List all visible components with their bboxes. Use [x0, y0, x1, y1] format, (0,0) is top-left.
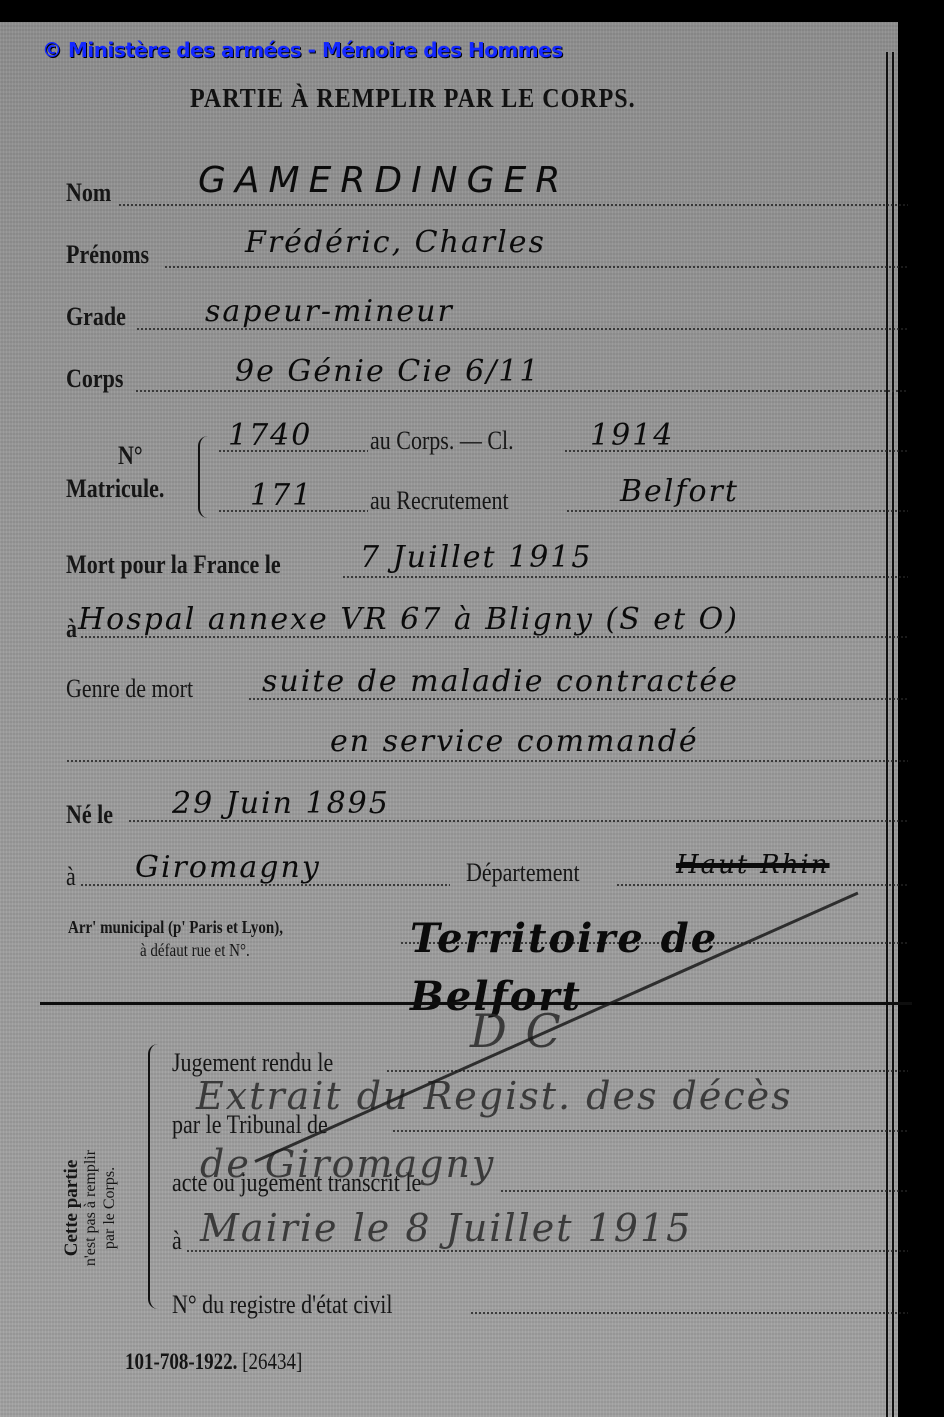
side-note-line3: par le Corps. — [100, 1098, 119, 1318]
departement-label: Département — [466, 857, 580, 888]
acte-dotted-line — [500, 1190, 908, 1192]
a-label: à — [172, 1225, 182, 1256]
matricule-label: Matricule. — [66, 473, 164, 504]
side-note-line2: n'est pas à remplir — [81, 1098, 100, 1318]
ne-a-label: à — [66, 861, 76, 892]
prenoms-dotted-line — [164, 266, 908, 268]
nom-value: GAMERDINGER — [198, 160, 569, 201]
genre-mort-value-line2: en service commandé — [330, 724, 699, 759]
footer-reference: 101-708-1922. [26434] — [125, 1350, 302, 1376]
ne-a-value: Giromagny — [135, 850, 321, 885]
ne-le-label: Né le — [66, 799, 113, 830]
page-border-rule — [886, 52, 888, 1417]
registre-label: N° du registre d'état civil — [172, 1289, 392, 1320]
arrondissement-label-1: Arr' municipal (p' Paris et Lyon), — [68, 919, 283, 939]
recrutement-number: 171 — [250, 478, 313, 513]
prenoms-label: Prénoms — [66, 239, 149, 270]
recrutement-place: Belfort — [620, 474, 739, 509]
form-heading: PARTIE À REMPLIR PAR LE CORPS. — [190, 84, 636, 115]
footer-ref: [26434] — [242, 1350, 302, 1375]
lower-section-brace — [148, 1044, 160, 1309]
footer-code: 101-708-1922. — [125, 1350, 237, 1375]
arrondissement-label-2: à défaut rue et N°. — [140, 942, 250, 962]
corps-dotted-line — [135, 390, 908, 392]
page-border-rule — [892, 52, 894, 1417]
nom-label: Nom — [66, 177, 111, 208]
matricule-corps-number: 1740 — [228, 418, 312, 453]
prenoms-value: Frédéric, Charles — [245, 225, 546, 260]
departement-struck-value: Haut-Rhin — [676, 850, 830, 880]
tribunal-dotted-line — [392, 1130, 908, 1132]
lieu-mort-value: Hospal annexe VR 67 à Bligny (S et O) — [78, 602, 739, 637]
side-note-line1: Cette partie — [62, 1098, 81, 1318]
matricule-label-no: N° — [118, 440, 143, 471]
tribunal-annotation: Extrait du Regist. des décès — [196, 1074, 793, 1118]
genre-mort-value-line1: suite de maladie contractée — [262, 664, 739, 699]
matricule-brace — [198, 436, 210, 518]
lieu-mort-label: à — [66, 613, 77, 644]
side-note: Cette partie n'est pas à remplir par le … — [62, 1098, 119, 1318]
copyright-watermark: © Ministère des armées - Mémoire des Hom… — [42, 38, 563, 62]
genre-mort-dotted-line-2 — [66, 760, 908, 762]
mort-label: Mort pour la France le — [66, 549, 281, 580]
genre-mort-label: Genre de mort — [66, 673, 193, 704]
acte-annotation: de Giromagny — [200, 1142, 495, 1186]
grade-label: Grade — [66, 301, 126, 332]
corps-value: 9e Génie Cie 6/11 — [235, 354, 541, 389]
classe-value: 1914 — [590, 418, 674, 453]
nom-dotted-line — [118, 204, 908, 206]
recrutement-dotted-line — [566, 510, 908, 512]
recrutement-label: au Recrutement — [370, 485, 509, 516]
departement-dotted-line — [616, 884, 908, 886]
jugement-dotted-line — [386, 1070, 908, 1072]
mort-dotted-line — [342, 576, 908, 578]
a-dotted-line — [186, 1250, 908, 1252]
matricule-corps-label: au Corps. — Cl. — [370, 425, 514, 456]
a-annotation: Mairie le 8 Juillet 1915 — [200, 1206, 692, 1250]
ne-le-value: 29 Juin 1895 — [172, 786, 390, 821]
registre-dotted-line — [470, 1312, 908, 1314]
grade-value: sapeur-mineur — [205, 294, 454, 329]
mort-value: 7 Juillet 1915 — [360, 540, 592, 575]
corps-label: Corps — [66, 363, 123, 394]
